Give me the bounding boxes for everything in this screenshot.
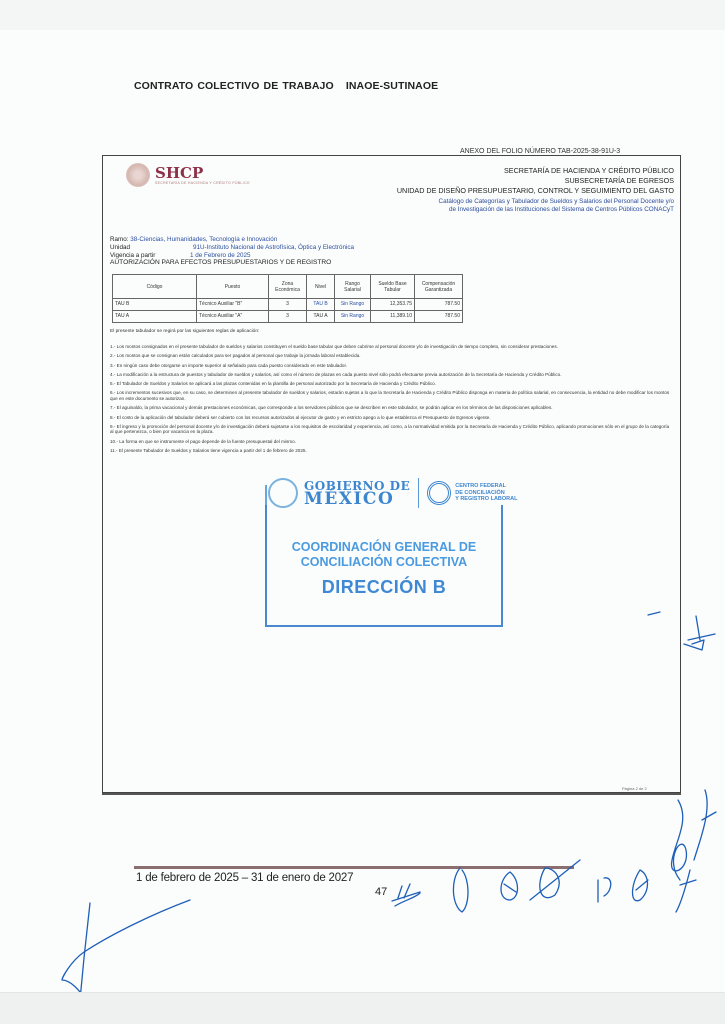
stamp-office: COORDINACIÓN GENERAL DE CONCILIACIÓN COL… bbox=[265, 540, 503, 570]
logo-subtitle: SECRETARÍA DE HACIENDA Y CRÉDITO PÚBLICO bbox=[155, 181, 250, 185]
table-row: TAU A Técnico Auxiliar "A" 3 TAU A Sin R… bbox=[113, 311, 463, 323]
annex-folio: ANEXO DEL FOLIO NÚMERO TAB-2025-38-91U-3 bbox=[460, 148, 620, 155]
stamp-header: GOBIERNO DE MÉXICO CENTRO FEDERAL DE CON… bbox=[268, 478, 517, 508]
rules-intro: El presente tabulador se regirá por las … bbox=[110, 329, 259, 334]
shcp-logo: SHCP SECRETARÍA DE HACIENDA Y CRÉDITO PÚ… bbox=[126, 163, 250, 187]
rule-item: 1.- Los montos consignados en el present… bbox=[110, 344, 670, 350]
rule-item: 3.- En ningún caso debe otorgarse un imp… bbox=[110, 363, 670, 369]
cell-puesto: Técnico Auxiliar "B" bbox=[197, 299, 269, 311]
col-sueldo: Sueldo Base Tabular bbox=[371, 275, 415, 299]
stamp-edge bbox=[265, 485, 267, 507]
salary-table: Código Puesto Zona Económica Nivel Rango… bbox=[112, 274, 463, 323]
col-codigo: Código bbox=[113, 275, 197, 299]
scan-bottom-margin bbox=[0, 992, 725, 1024]
signature-bottom-left bbox=[62, 900, 190, 1000]
signature-group-top-right bbox=[672, 790, 716, 880]
rules-list: 1.- Los montos consignados en el present… bbox=[110, 344, 670, 457]
cell-puesto: Técnico Auxiliar "A" bbox=[197, 311, 269, 323]
col-puesto: Puesto bbox=[197, 275, 269, 299]
ccl-emblem-icon bbox=[427, 481, 451, 505]
ramo-value: 38-Ciencias, Humanidades, Tecnología e I… bbox=[130, 236, 277, 243]
rule-item: 6.- Los incrementos sucesivos que, en su… bbox=[110, 390, 670, 401]
frame-bottom-rule bbox=[102, 793, 681, 795]
rule-item: 7.- El aguinaldo, la prima vacacional y … bbox=[110, 405, 670, 411]
cell-zona: 3 bbox=[269, 311, 307, 323]
cell-codigo: TAU A bbox=[113, 311, 197, 323]
government-seal-icon bbox=[268, 478, 298, 508]
cell-sueldo: 12,353.75 bbox=[371, 299, 415, 311]
header-ministry: SECRETARÍA DE HACIENDA Y CRÉDITO PÚBLICO bbox=[504, 166, 674, 176]
footer-rule bbox=[134, 866, 574, 869]
table-header-row: Código Puesto Zona Económica Nivel Rango… bbox=[113, 275, 463, 299]
cell-compensacion: 787.50 bbox=[415, 299, 463, 311]
col-compensacion: Compensación Garantizada bbox=[415, 275, 463, 299]
authorization-heading: AUTORIZACIÓN PARA EFECTOS PRESUPUESTARIO… bbox=[110, 259, 331, 267]
col-zona: Zona Económica bbox=[269, 275, 307, 299]
col-rango: Rango Salarial bbox=[335, 275, 371, 299]
national-seal-icon bbox=[126, 163, 150, 187]
stamp-direction: DIRECCIÓN B bbox=[265, 577, 503, 598]
page-of-indicator: Página 2 de 2 bbox=[622, 786, 647, 791]
cell-nivel: TAU A bbox=[307, 311, 335, 323]
ramo-label: Ramo: bbox=[110, 236, 129, 244]
rule-item: 2.- Los montos que se consignan están ca… bbox=[110, 353, 670, 359]
rule-item: 10.- La forma en que se instrumente el p… bbox=[110, 439, 670, 445]
ccl-line3: Y REGISTRO LABORAL bbox=[455, 496, 517, 503]
rule-item: 4.- La modificación a la estructura de p… bbox=[110, 372, 670, 378]
stamp-office-line2: CONCILIACIÓN COLECTIVA bbox=[265, 555, 503, 570]
cell-zona: 3 bbox=[269, 299, 307, 311]
meta-ramo: Ramo: 38-Ciencias, Humanidades, Tecnolog… bbox=[110, 236, 277, 244]
gob-line2: MÉXICO bbox=[304, 493, 410, 506]
unidad-label: Unidad bbox=[110, 244, 193, 252]
cell-codigo: TAU B bbox=[113, 299, 197, 311]
cell-rango: Sin Rango bbox=[335, 299, 371, 311]
vigencia-value: 1 de Febrero de 2025 bbox=[190, 252, 251, 259]
footer-period: 1 de febrero de 2025 – 31 de enero de 20… bbox=[136, 872, 353, 884]
meta-unidad: Unidad91U-Instituto Nacional de Astrofís… bbox=[110, 244, 354, 252]
scan-top-margin bbox=[0, 0, 725, 30]
scanned-page: CONTRATO COLECTIVO DE TRABAJO INAOE-SUTI… bbox=[0, 0, 725, 1024]
cell-sueldo: 11,389.10 bbox=[371, 311, 415, 323]
rule-item: 8.- El costo de la aplicación del tabula… bbox=[110, 415, 670, 421]
cell-nivel: TAU B bbox=[307, 299, 335, 311]
catalog-title: Catálogo de Categorías y Tabulador de Su… bbox=[434, 198, 674, 213]
page-number: 47 bbox=[375, 886, 387, 898]
rule-item: 11.- El presente Tabulador de Sueldos y … bbox=[110, 448, 670, 454]
header-unit: UNIDAD DE DISEÑO PRESUPUESTARIO, CONTROL… bbox=[397, 186, 674, 196]
rule-item: 5.- El Tabulador de Sueldos y Salarios s… bbox=[110, 381, 670, 387]
table-row: TAU B Técnico Auxiliar "B" 3 TAU B Sin R… bbox=[113, 299, 463, 311]
header-subsecretary: SUBSECRETARÍA DE EGRESOS bbox=[565, 176, 674, 186]
col-nivel: Nivel bbox=[307, 275, 335, 299]
contract-title: CONTRATO COLECTIVO DE TRABAJO INAOE-SUTI… bbox=[134, 80, 438, 92]
cell-rango: Sin Rango bbox=[335, 311, 371, 323]
unidad-value: 91U-Instituto Nacional de Astrofísica, Ó… bbox=[193, 244, 354, 251]
rule-item: 9.- El ingreso y la promoción del person… bbox=[110, 424, 670, 435]
stamp-divider bbox=[418, 478, 419, 508]
stamp-office-line1: COORDINACIÓN GENERAL DE bbox=[265, 540, 503, 555]
logo-name: SHCP bbox=[155, 166, 250, 181]
cell-compensacion: 787.50 bbox=[415, 311, 463, 323]
